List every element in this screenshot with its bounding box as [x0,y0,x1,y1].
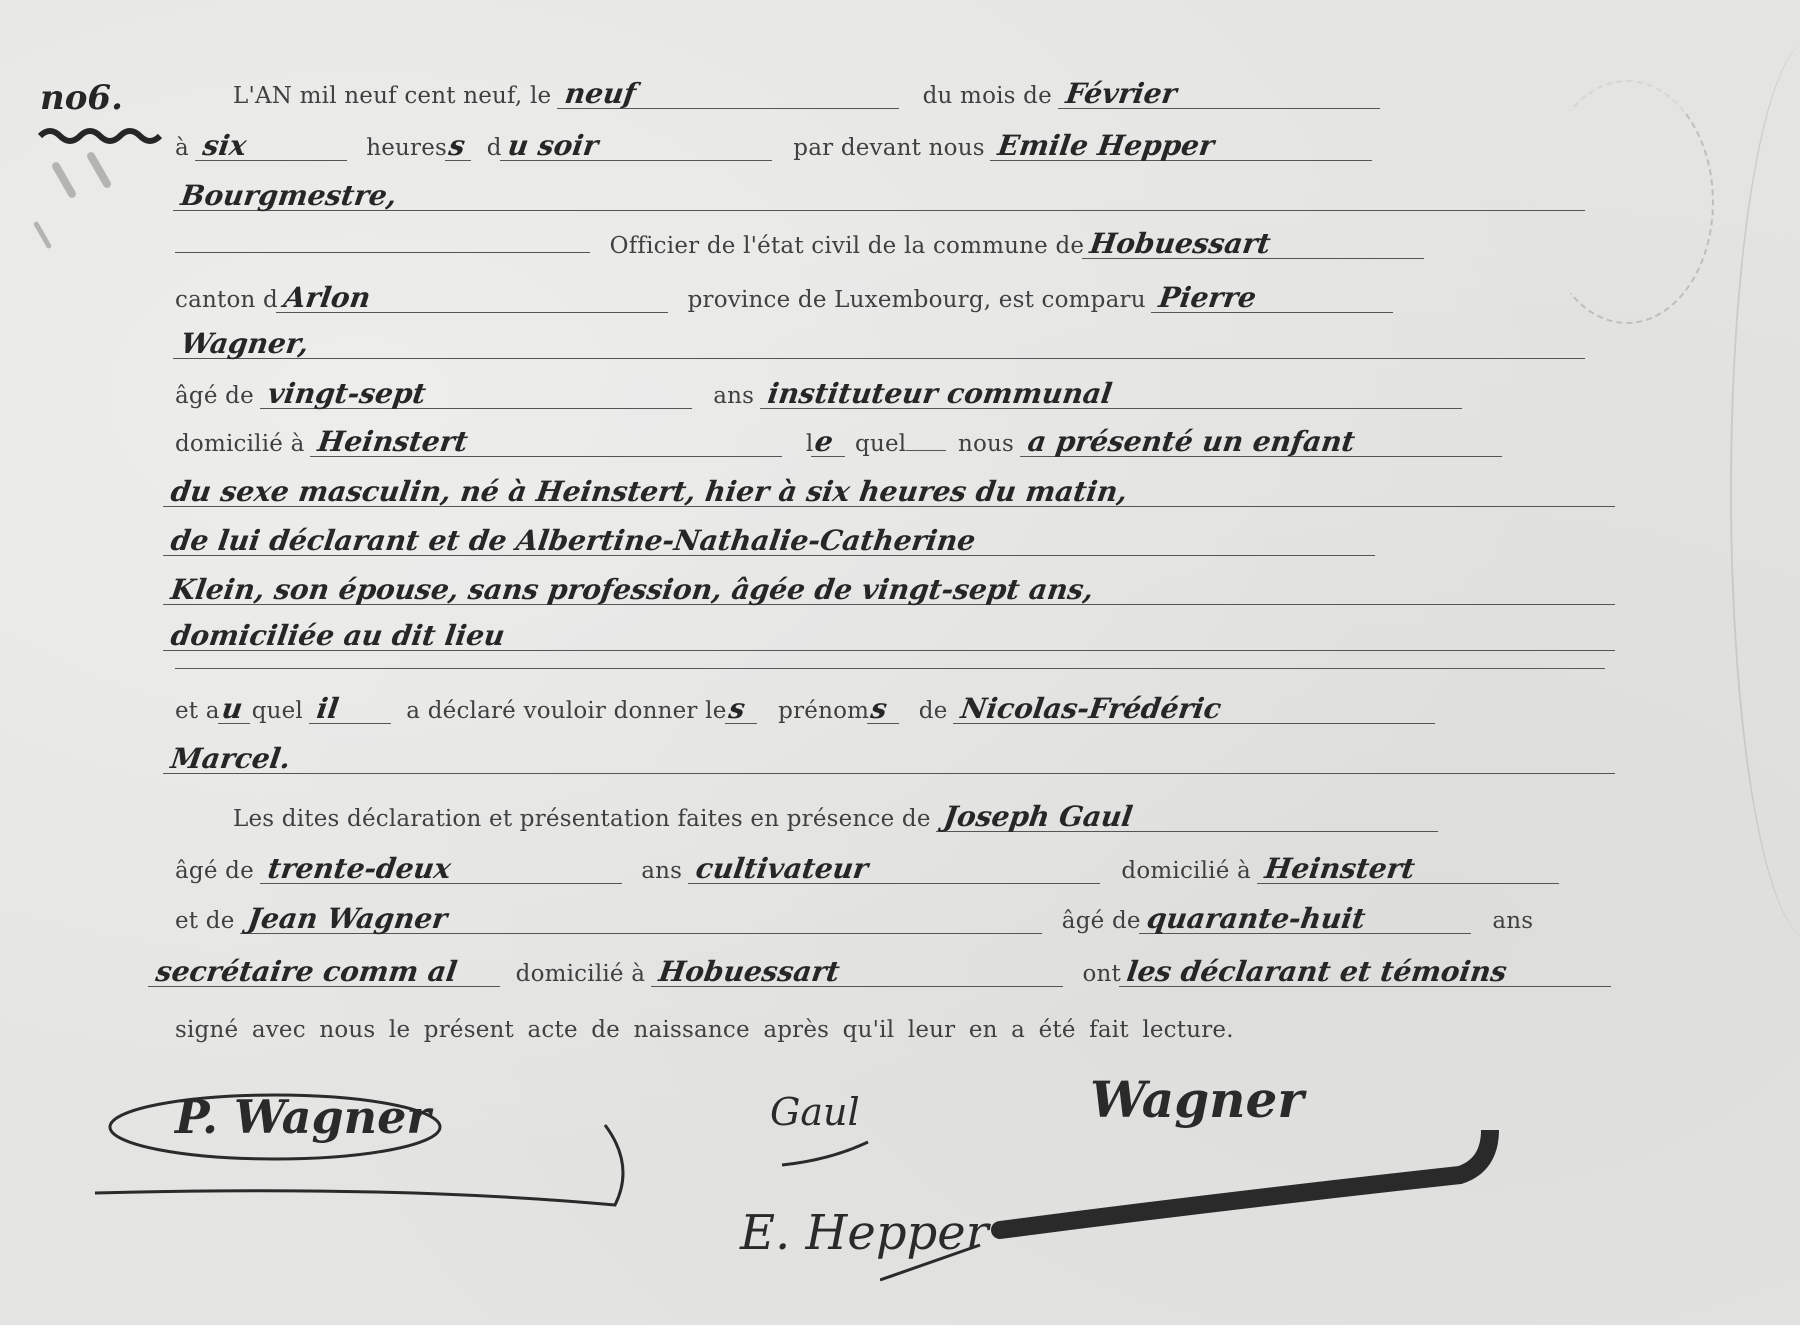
gender-suffix-field: u [218,695,254,724]
signature-underline [780,1140,870,1170]
printed-text: signé avec nous le présent acte de naiss… [175,1016,1234,1044]
ink-stroke-mark [51,161,78,200]
line-date: L'AN mil neuf cent neuf, le neuf du mois… [233,80,1382,108]
time-of-day-field: u soir [500,132,776,161]
signature-heavy-flourish [980,1130,1500,1240]
plural-suffix-field: s [724,695,760,724]
printed-text: âgé de [175,857,254,885]
margin-entry-number: no6. [40,78,123,118]
officer-title-field: Bourgmestre, [173,182,1589,211]
printed-text: L'AN mil neuf cent neuf, le [233,82,551,110]
line-witness2-details: secrétaire comm al domicilié à Hobuessar… [150,958,1613,986]
child-given-names-field: Nicolas-Frédéric [953,695,1439,724]
witness2-profession-field: secrétaire comm al [148,958,504,987]
pronoun-field: il [309,695,395,724]
plural-suffix-field: s [867,695,903,724]
printed-text: quel [252,697,303,725]
page-edge-shadow [1730,40,1800,940]
line-given-names: et auquel il a déclaré vouloir donner le… [175,695,1437,723]
printed-text: Officier de l'état civil de la commune d… [610,232,1085,260]
line-officer-title: Bourgmestre, [175,182,1587,210]
printed-text: province de Luxembourg, est comparu [688,286,1146,314]
printed-text: et a [175,697,220,725]
blank-rule [175,232,590,253]
line-canton: canton dArlon province de Luxembourg, es… [175,284,1395,312]
printed-text: ans [1492,907,1533,935]
birth-certificate-page: no6. L'AN mil neuf cent neuf, le neuf du… [0,0,1800,1325]
signature-declarant: P. Wagner [175,1090,431,1144]
signature-witness-wagner: Wagner [1090,1070,1304,1129]
signatories-field: les déclarant et témoins [1119,958,1615,987]
line-witness1-details: âgé de trente-deux ans cultivateur domic… [175,855,1561,883]
gender-suffix-field: e [811,428,849,457]
line-witness2: et de Jean Wagner âgé dequarante-huit an… [175,905,1533,933]
declarant-age-field: vingt-sept [260,380,696,409]
printed-text: âgé de [1062,907,1141,935]
line-commune: Officier de l'état civil de la commune d… [175,230,1426,258]
line-declarant-domicile: domicilié à Heinstert le quel nous a pré… [175,428,1504,456]
printed-text: âgé de [175,382,254,410]
margin-squiggle-mark [38,126,163,146]
printed-text: Les dites déclaration et présentation fa… [233,805,931,833]
signature-underline [880,1235,1000,1285]
witness1-profession-field: cultivateur [688,855,1104,884]
printed-text: domicilié à [516,960,646,988]
mother-details-field: Klein, son épouse, sans profession, âgée… [163,576,1619,605]
printed-text: heures [366,134,447,162]
printed-text: de [919,697,948,725]
entry-number-label: no [40,78,87,118]
witness1-name-field: Joseph Gaul [936,803,1442,832]
blank-rule [175,668,1605,669]
printed-text: canton d [175,286,278,314]
printed-text: a déclaré vouloir donner le [406,697,726,725]
line-child-details: du sexe masculin, né à Heinstert, hier à… [165,478,1617,506]
printed-text: nous [958,430,1014,458]
commune-field: Hobuessart [1082,230,1428,259]
printed-text: ont [1082,960,1121,988]
declarant-surname-field: Wagner, [173,330,1589,359]
officer-name-field: Emile Hepper [990,132,1376,161]
signature-witness-gaul: Gaul [770,1090,860,1134]
printed-text: du mois de [923,82,1052,110]
line-closing: signé avec nous le présent acte de naiss… [175,1015,1234,1043]
line-declarant-surname: Wagner, [175,330,1587,358]
entry-number-value: 6. [87,78,123,118]
printed-text: domicilié à [175,430,305,458]
witness2-age-field: quarante-huit [1139,905,1475,934]
printed-text: quel [855,430,906,458]
line-declarant-age: âgé de vingt-sept ans instituteur commun… [175,380,1464,408]
month-field: Février [1058,80,1384,109]
witness2-domicile-field: Hobuessart [651,958,1067,987]
line-witness-intro: Les dites déclaration et présentation fa… [233,803,1440,831]
declarant-domicile-field: Heinstert [310,428,786,457]
presentation-field: a présenté un enfant [1020,428,1506,457]
declarant-profession-field: instituteur communal [760,380,1466,409]
day-field: neuf [557,80,903,109]
mother-domicile-field: domiciliée au dit lieu [163,622,1619,651]
hour-field: six [195,132,351,161]
printed-text: et de [175,907,235,935]
canton-field: Arlon [276,284,672,313]
ink-stroke-mark [86,151,113,190]
printed-text: par devant nous [793,134,984,162]
printed-text: ans [713,382,754,410]
line-time-officer: à six heuress du soir par devant nous Em… [175,132,1374,160]
mother-name-field: de lui déclarant et de Albertine-Nathali… [163,527,1379,556]
child-given-names-cont-field: Marcel. [163,745,1619,774]
witness1-domicile-field: Heinstert [1257,855,1563,884]
printed-text: ans [641,857,682,885]
printed-text: domicilié à [1121,857,1251,885]
line-given-names-cont: Marcel. [165,745,1617,773]
line-mother-domicile: domiciliée au dit lieu [165,622,1617,650]
witness1-age-field: trente-deux [260,855,626,884]
ink-stroke-mark [33,221,52,249]
printed-text: prénom [778,697,869,725]
blank-rule [906,430,946,451]
plural-suffix-field: s [445,132,475,161]
line-mother-details: Klein, son épouse, sans profession, âgée… [165,576,1617,604]
printed-text: à [175,134,189,162]
declarant-firstname-field: Pierre [1151,284,1397,313]
line-mother: de lui déclarant et de Albertine-Nathali… [165,527,1377,555]
child-sex-birthplace-field: du sexe masculin, né à Heinstert, hier à… [163,478,1619,507]
witness2-name-field: Jean Wagner [240,905,1046,934]
